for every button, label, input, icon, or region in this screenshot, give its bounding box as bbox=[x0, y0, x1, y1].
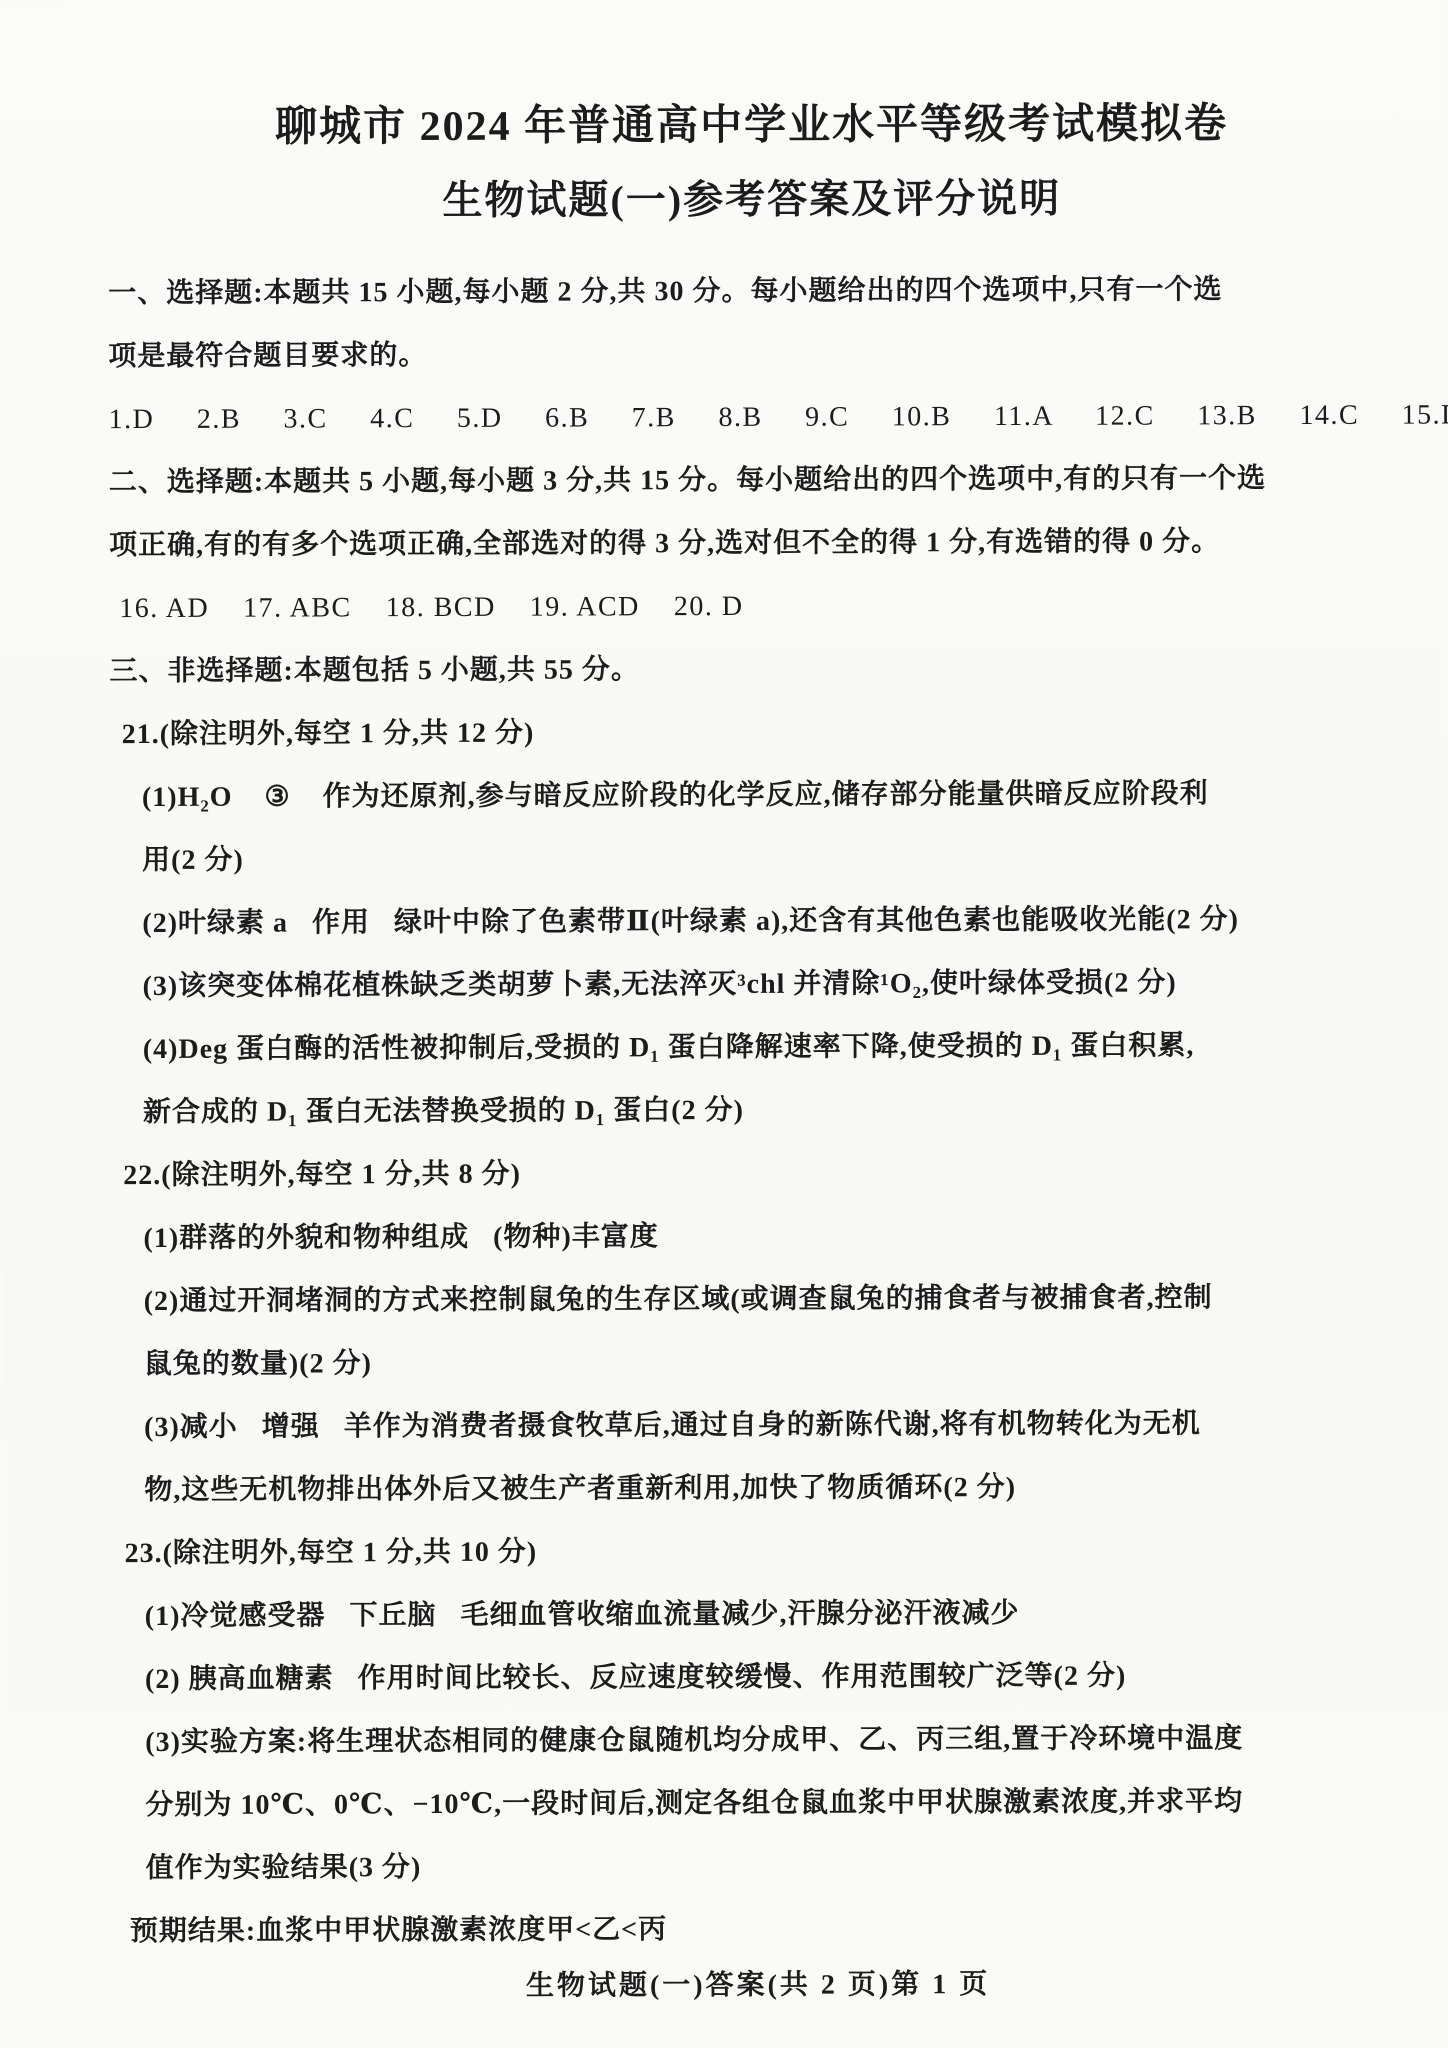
page-title: 聊城市 2024 年普通高中学业水平等级考试模拟卷 bbox=[107, 98, 1395, 154]
sec1-instructions-line2: 项是最符合题目要求的。 bbox=[108, 321, 1396, 388]
page-footer: 生物试题(一)答案(共 2 页)第 1 页 bbox=[114, 1963, 1402, 2009]
q23-expected-result: 预期结果:血浆中甲状腺激素浓度甲<乙<丙 bbox=[114, 1896, 1402, 1963]
q21-answer1-line2: 用(2 分) bbox=[110, 825, 1398, 892]
q21-answer4-line1: (4)Deg 蛋白酶的活性被抑制后,受损的 D₁ 蛋白降解速率下降,使受损的 D… bbox=[111, 1014, 1399, 1081]
answers-1-15: 1.D 2.B 3.C 4.C 5.D 6.B 7.B 8.B 9.C 10.B… bbox=[108, 384, 1396, 451]
sec3-instructions: 三、非选择题:本题包括 5 小题,共 55 分。 bbox=[109, 636, 1397, 703]
sec1-instructions-line1: 一、选择题:本题共 15 小题,每小题 2 分,共 30 分。每小题给出的四个选… bbox=[108, 258, 1396, 325]
sec2-instructions-line2: 项正确,有的有多个选项正确,全部选对的得 3 分,选对但不全的得 1 分,有选错… bbox=[109, 510, 1397, 577]
q22-answer3-line1: (3)减小 增强 羊作为消费者摄食牧草后,通过自身的新陈代谢,将有机物转化为无机 bbox=[112, 1392, 1400, 1459]
q23-answer3-line3: 值作为实验结果(3 分) bbox=[114, 1833, 1402, 1900]
q22-header: 22.(除注明外,每空 1 分,共 8 分) bbox=[111, 1140, 1399, 1207]
q21-answer3: (3)该突变体棉花植株缺乏类胡萝卜素,无法淬灭³chl 并清除¹O₂,使叶绿体受… bbox=[110, 951, 1398, 1018]
sec2-instructions-line1: 二、选择题:本题共 5 小题,每小题 3 分,共 15 分。每小题给出的四个选项… bbox=[109, 447, 1397, 514]
answers-16-20: 16. AD 17. ABC 18. BCD 19. ACD 20. D bbox=[109, 573, 1397, 640]
scanned-answer-sheet: 聊城市 2024 年普通高中学业水平等级考试模拟卷 生物试题(一)参考答案及评分… bbox=[0, 0, 1448, 2048]
q23-answer1: (1)冷觉感受器 下丘脑 毛细血管收缩血流量减少,汗腺分泌汗液减少 bbox=[113, 1581, 1401, 1648]
q22-answer2-line1: (2)通过开洞堵洞的方式来控制鼠兔的生存区域(或调查鼠兔的捕食者与被捕食者,控制 bbox=[112, 1266, 1400, 1333]
q23-answer3-line1: (3)实验方案:将生理状态相同的健康仓鼠随机均分成甲、乙、丙三组,置于冷环境中温… bbox=[113, 1707, 1401, 1774]
q22-answer2-line2: 鼠兔的数量)(2 分) bbox=[112, 1329, 1400, 1396]
q21-answer1-line1: (1)H₂O ③ 作为还原剂,参与暗反应阶段的化学反应,储存部分能量供暗反应阶段… bbox=[110, 762, 1398, 829]
page-subtitle: 生物试题(一)参考答案及评分说明 bbox=[108, 174, 1396, 226]
q21-answer2: (2)叶绿素 a 作用 绿叶中除了色素带Ⅱ(叶绿素 a),还含有其他色素也能吸收… bbox=[110, 888, 1398, 955]
q22-answer3-line2: 物,这些无机物排出体外后又被生产者重新利用,加快了物质循环(2 分) bbox=[112, 1455, 1400, 1522]
q21-header: 21.(除注明外,每空 1 分,共 12 分) bbox=[110, 699, 1398, 766]
q22-answer1: (1)群落的外貌和物种组成 (物种)丰富度 bbox=[111, 1203, 1399, 1270]
q21-answer4-line2: 新合成的 D₁ 蛋白无法替换受损的 D₁ 蛋白(2 分) bbox=[111, 1077, 1399, 1144]
q23-answer3-line2: 分别为 10℃、0℃、−10℃,一段时间后,测定各组仓鼠血浆中甲状腺激素浓度,并… bbox=[113, 1770, 1401, 1837]
q23-header: 23.(除注明外,每空 1 分,共 10 分) bbox=[112, 1518, 1400, 1585]
q23-answer2: (2) 胰高血糖素 作用时间比较长、反应速度较缓慢、作用范围较广泛等(2 分) bbox=[113, 1644, 1401, 1711]
